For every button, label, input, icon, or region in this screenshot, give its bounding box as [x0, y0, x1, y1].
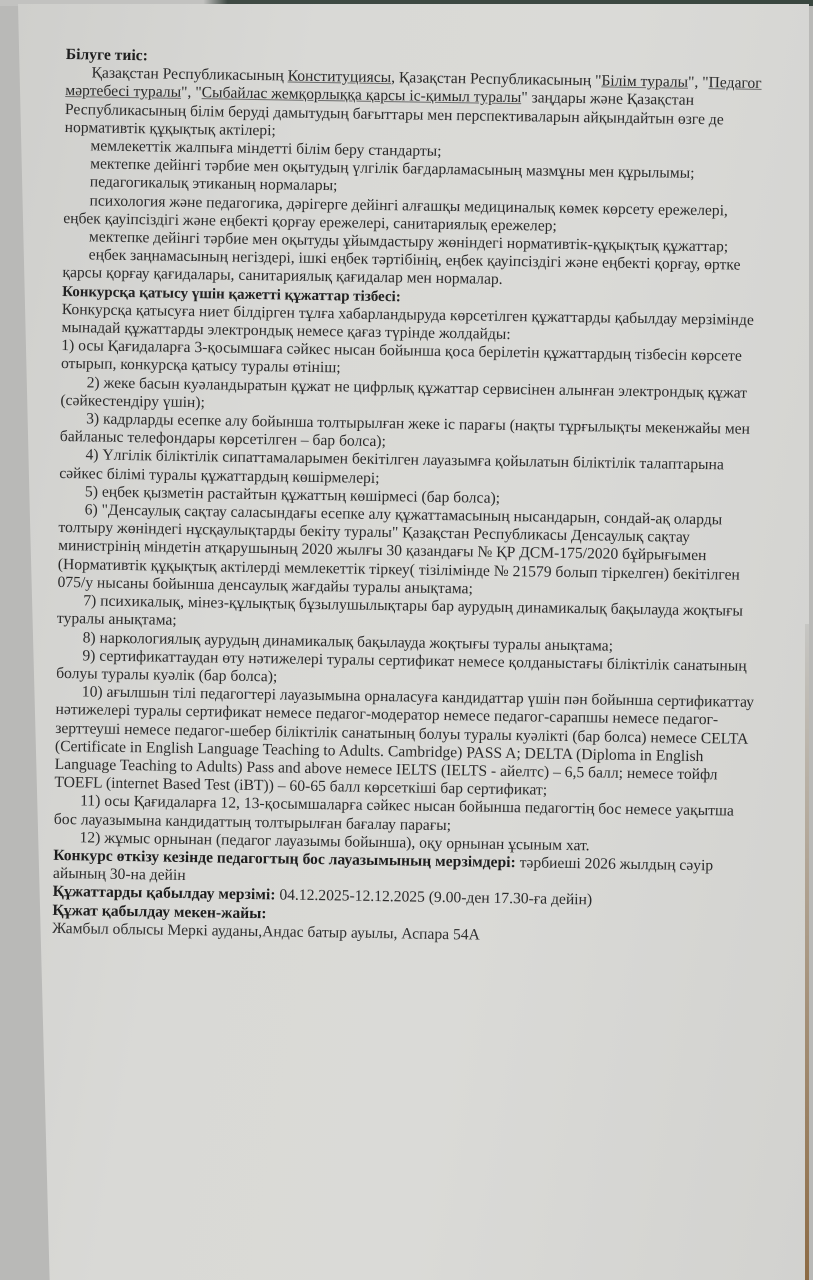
item-text: "Денсаулық сақтау саласындағы есепке алу… — [57, 502, 740, 598]
item-number: 7) — [83, 592, 96, 609]
document-body: Білуге тиіс: Қазақстан Республикасының К… — [52, 46, 766, 949]
item-text: ағылшын тілі педагогтері лауазымына орна… — [54, 684, 754, 799]
laws-text: ", " — [181, 84, 202, 101]
laws-text: ", " — [688, 74, 709, 91]
item-number: 6) — [85, 501, 98, 518]
laws-text: , Қазақстан Республикасының " — [391, 69, 602, 89]
item-number: 3) — [86, 410, 99, 427]
link-constitution[interactable]: Конституциясы — [288, 68, 392, 87]
item-number: 10) — [82, 683, 103, 700]
item-number: 12) — [79, 829, 100, 846]
paper-edge — [805, 624, 809, 1280]
item-number: 8) — [83, 629, 96, 646]
item-number: 1) — [61, 337, 74, 354]
item-number: 4) — [85, 447, 98, 464]
item-number: 9) — [82, 647, 95, 664]
item-number: 2) — [87, 374, 100, 391]
document-item: 6) "Денсаулық сақтау саласындағы есепке … — [57, 501, 758, 603]
acceptance-period-value: 04.12.2025-12.12.2025 (9.00-ден 17.30-ға… — [275, 887, 592, 909]
link-education-law[interactable]: Білім туралы — [601, 73, 688, 91]
acceptance-period-label: Құжаттарды қабылдау мерзімі: — [53, 883, 276, 903]
laws-text: Қазақстан Республикасының — [91, 65, 287, 85]
item-number: 11) — [80, 793, 100, 810]
item-number: 5) — [85, 483, 98, 500]
document-item: 10) ағылшын тілі педагогтері лауазымына … — [54, 683, 756, 803]
laws-paragraph: Қазақстан Республикасының Конституциясы,… — [65, 64, 766, 148]
